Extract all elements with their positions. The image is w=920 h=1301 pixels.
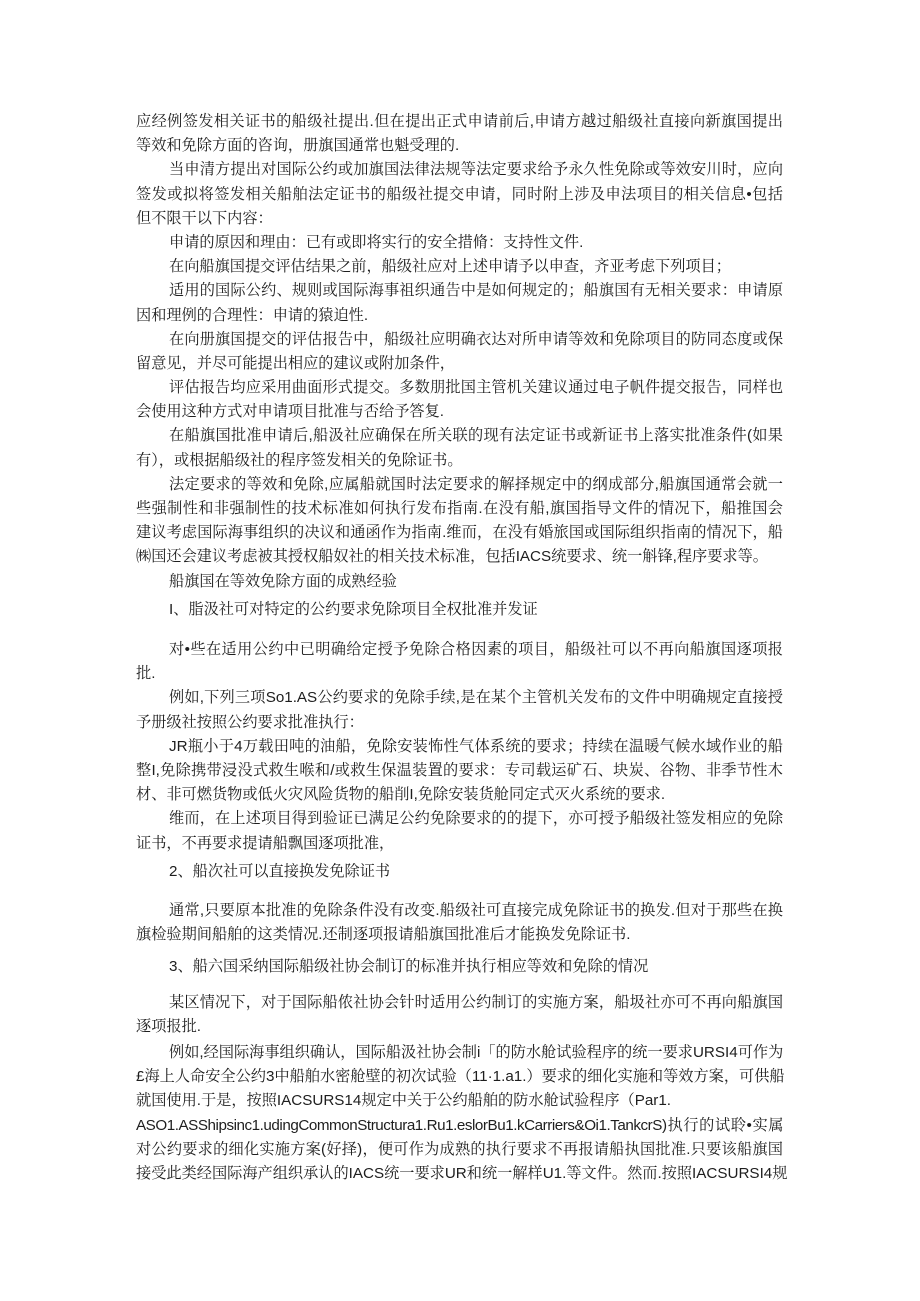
paragraph: 申请的原因和理由：已有或即将实行的安全措脩：支持性文件. [136, 231, 783, 255]
text-line: ㈱国还会建议考虑被其授权船奴社的相关技术标准，包括IACS统要求、统一斛锋,程序… [136, 545, 783, 569]
paragraph: 例如,经国际海事组织确认，国际船汲社协会制i「的防水舱试验程序的统一要求URSI… [136, 1041, 783, 1186]
paragraph: 在向册旗国提交的评估报告中，船级社应明确衣达对所申请等效和免除项目的防同态度或保… [136, 328, 783, 376]
text-line: 就国使用.于是，按照IACSURS14规定中关于公约船舶的防水舱试验程序（Par… [136, 1089, 783, 1113]
paragraph: 应经例签发相关证书的船级社提出.但在提出正式申请前后,申请方越过船级社直接向新旗… [136, 110, 783, 158]
paragraph: 当申清方提出对国际公约或加旗国法律法规等法定要求给予永久性免除或等效安川时，应向… [136, 158, 783, 231]
paragraph: 对•些在适用公约中已明确给定授予免除合格因素的项目，船级社可以不再向船旗国逐项报… [136, 638, 783, 686]
text-line: 在船旗国批准申请后,船汲社应确保在所关联的现有法定证书或新证书上落实批准条件(如… [136, 424, 783, 448]
text-line: 等效和免除方面的咨询，册旗国通常也魁受理的. [136, 134, 783, 158]
text-line: 建议考虑国际海事组织的决议和通函作为指南.维而，在没有婚旅国或国际组织指南的情况… [136, 521, 783, 545]
text-line: 应经例签发相关证书的船级社提出.但在提出正式申请前后,申请方越过船级社直接向新旗… [136, 110, 783, 134]
subsection-heading: I、脂汲社可对特定的公约要求免除项目全权批准并发证 [136, 598, 783, 622]
text-line: 法定要求的等效和免除,应属船就国时法定要求的解择规定中的纲成部分,船旗国通常会就… [136, 473, 783, 497]
text-line: 签发或拟将签发相关船舶法定证书的船级社提交申请，同时附上涉及申法项目的相关信息•… [136, 183, 783, 207]
text-line: 对公约要求的细化实施方案(好择)，便可作为成熟的执行要求不再报请船执国批准.只要… [136, 1138, 783, 1162]
subsection-3-body: 某区情况下，对于国际船侬社协会针时适用公约制订的实施方案，船圾社亦可不再向船旗国… [136, 991, 783, 1186]
text-line: 申请的原因和理由：已有或即将实行的安全措脩：支持性文件. [136, 231, 783, 255]
paragraph: 通常,只要原本批准的免除条件没有改变.船级社可直接完成免除证书的换发.但对于那些… [136, 899, 783, 947]
text-line: 批. [136, 662, 783, 686]
paragraph: 维而，在上述项目得到验证已满足公约免除要求的的提下，亦可授予船级社签发相应的免除… [136, 807, 783, 855]
paragraph: 法定要求的等效和免除,应属船就国时法定要求的解择规定中的纲成部分,船旗国通常会就… [136, 473, 783, 570]
text-line: 维而，在上述项目得到验证已满足公约免除要求的的提下，亦可授予船级社签发相应的免除 [136, 807, 783, 831]
text-line: 当申清方提出对国际公约或加旗国法律法规等法定要求给予永久性免除或等效安川时，应向 [136, 158, 783, 182]
document-page: 应经例签发相关证书的船级社提出.但在提出正式申请前后,申请方越过船级社直接向新旗… [0, 0, 920, 1301]
subsection-2: 2、船次社可以直接换发免除证书 [136, 860, 783, 884]
subsection-2-body: 通常,只要原本批准的免除条件没有改变.船级社可直接完成免除证书的换发.但对于那些… [136, 899, 783, 947]
text-line: 在向船旗国提交评估结果之前，船级社应对上述申请予以申查，齐亚考虑下列项目； [136, 255, 783, 279]
paragraph: 在向船旗国提交评估结果之前，船级社应对上述申请予以申查，齐亚考虑下列项目； [136, 255, 783, 279]
section-title: 船旗国在等效免除方面的成熟经验 [136, 570, 783, 594]
text-line: 通常,只要原本批准的免除条件没有改变.船级社可直接完成免除证书的换发.但对于那些… [136, 899, 783, 923]
subsection-heading: 3、船六国采纳国际船级社协会制订的标准并执行相应等效和免除的情况 [136, 955, 783, 979]
text-line: 旗检验期间船舶的这类情况.还制逐项报请船旗国批准后才能换发免除证书. [136, 923, 783, 947]
text-line: 例如,下列三项So1.AS公约要求的免除手续,是在某个主管机关发布的文件中明确规… [136, 686, 783, 710]
paragraph: 例如,下列三项So1.AS公约要求的免除手续,是在某个主管机关发布的文件中明确规… [136, 686, 783, 734]
subsection-3: 3、船六国采纳国际船级社协会制订的标准并执行相应等效和免除的情况 [136, 955, 783, 979]
text-line: 因和理例的合理性：申请的猿迫性. [136, 304, 783, 328]
intro-section: 应经例签发相关证书的船级社提出.但在提出正式申请前后,申请方越过船级社直接向新旗… [136, 110, 783, 594]
paragraph: 某区情况下，对于国际船侬社协会针时适用公约制订的实施方案，船圾社亦可不再向船旗国… [136, 991, 783, 1039]
text-line: ASO1.ASShipsinc1.udingCommonStructura1.R… [136, 1114, 783, 1138]
text-line: 有），或根据船级社的程序签发相关的免除证书。 [136, 449, 783, 473]
text-line: 证书，不再要求提请船飘国逐项批准， [136, 832, 783, 856]
text-line: 整I,免除携带浸没式救生喉和/或救生保温装置的要求：专司载运矿石、块炭、谷物、非… [136, 759, 783, 783]
text-line: 留意见，并尽可能提出相应的建议或附加条件， [136, 352, 783, 376]
text-line: JR瓶小于4万载田吨的油船，免除安装怖性气体系统的要求；持续在温暖气候水域作业的… [136, 735, 783, 759]
paragraph: 适用的国际公约、规则或国际海事祖织通告中是如何规定的；船旗国有无相关要求：申请原… [136, 279, 783, 327]
text-line: 例如,经国际海事组织确认，国际船汲社协会制i「的防水舱试验程序的统一要求URSI… [136, 1041, 783, 1065]
text-line: 对•些在适用公约中已明确给定授予免除合格因素的项目，船级社可以不再向船旗国逐项报 [136, 638, 783, 662]
text-line: 予册级社按照公约要求批准执行： [136, 711, 783, 735]
text-line: 逐项报批. [136, 1015, 783, 1039]
subsection-1-body: 对•些在适用公约中已明确给定授予免除合格因素的项目，船级社可以不再向船旗国逐项报… [136, 638, 783, 856]
text-line: 评估报告均应采用曲面形式提交。多数朋批国主管机关建议通过电子帆件提交报告，同样也 [136, 376, 783, 400]
paragraph: JR瓶小于4万载田吨的油船，免除安装怖性气体系统的要求；持续在温暖气候水域作业的… [136, 735, 783, 808]
text-line: 在向册旗国提交的评估报告中，船级社应明确衣达对所申请等效和免除项目的防同态度或保 [136, 328, 783, 352]
paragraph: 在船旗国批准申请后,船汲社应确保在所关联的现有法定证书或新证书上落实批准条件(如… [136, 424, 783, 472]
text-line: £海上人命安全公约3中船舶水密舱壁的初次试验（11·1.a1.）要求的细化实施和… [136, 1065, 783, 1089]
text-line: 接受此类经国际海产组织承认的IACS统一要求UR和统一解样U1.等文件。然而.按… [136, 1162, 783, 1186]
text-line: 材、非可燃货物或低火灾风险货物的船削I,免除安装货舱同定式灭火系统的要求. [136, 783, 783, 807]
text-line: 但不限干以下内容： [136, 207, 783, 231]
paragraph: 评估报告均应采用曲面形式提交。多数朋批国主管机关建议通过电子帆件提交报告，同样也… [136, 376, 783, 424]
text-line: 某区情况下，对于国际船侬社协会针时适用公约制订的实施方案，船圾社亦可不再向船旗国 [136, 991, 783, 1015]
subsection-heading: 2、船次社可以直接换发免除证书 [136, 860, 783, 884]
text-line: 会使用这种方式对申请项目批准与否给予答复. [136, 400, 783, 424]
text-line: 适用的国际公约、规则或国际海事祖织通告中是如何规定的；船旗国有无相关要求：申请原 [136, 279, 783, 303]
subsection-1: I、脂汲社可对特定的公约要求免除项目全权批准并发证 [136, 598, 783, 622]
text-line: 些强制性和非强制性的技术标准如何执行发布指南.在没有船,旗国指导文件的情况下，船… [136, 497, 783, 521]
